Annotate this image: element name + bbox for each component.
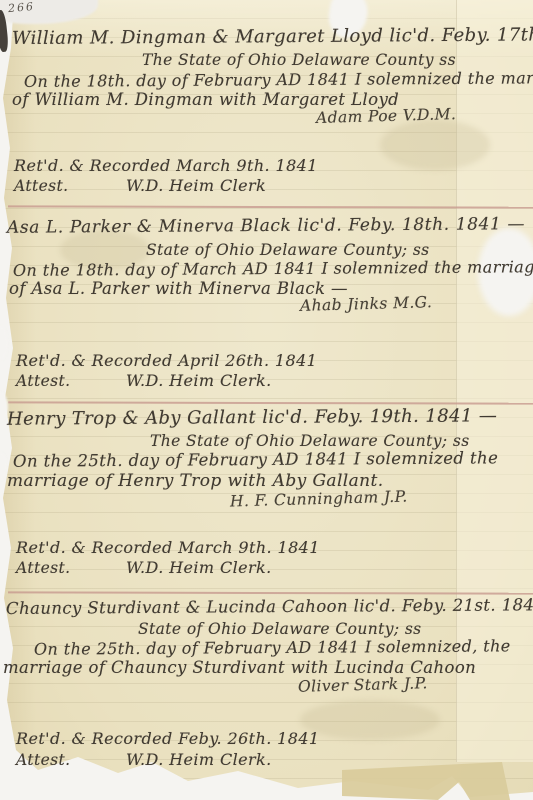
entry-1-body-line-2: of William M. Dingman with Margaret Lloy… bbox=[12, 90, 399, 109]
entry-4-jurisdiction: State of Ohio Delaware County; ss bbox=[138, 620, 422, 638]
entry-3-body-line-1: On the 25th. day of February AD 1841 I s… bbox=[13, 448, 498, 470]
page-number: 266 bbox=[7, 0, 35, 15]
paper-stain bbox=[380, 120, 490, 170]
entry-3-clerk-signature: W.D. Heim Clerk. bbox=[126, 558, 272, 577]
entry-1-attest-label: Attest. bbox=[14, 177, 68, 195]
paper-stain bbox=[300, 700, 440, 740]
entry-3-attest-label: Attest. bbox=[16, 559, 70, 577]
entry-1-clerk-signature: W.D. Heim Clerk bbox=[126, 176, 266, 195]
entry-3-body-line-2: marriage of Henry Trop with Aby Gallant. bbox=[7, 471, 384, 491]
entry-2-clerk-signature: W.D. Heim Clerk. bbox=[126, 371, 272, 390]
entry-2-officiant-signature: Ahab Jinks M.G. bbox=[300, 293, 433, 315]
entry-3-jurisdiction: The State of Ohio Delaware County; ss bbox=[150, 432, 470, 450]
scanned-ledger-page: 266 William M. Dingman & Margaret Lloyd … bbox=[0, 0, 533, 800]
entry-3-recorded-line: Ret'd. & Recorded March 9th. 1841 bbox=[16, 538, 320, 557]
entry-4-body-line-1: On the 25th. day of February AD 1841 I s… bbox=[34, 636, 511, 658]
entry-2-body-line-2: of Asa L. Parker with Minerva Black — bbox=[9, 279, 348, 298]
torn-edge-left bbox=[0, 326, 8, 360]
entry-2-recorded-line: Ret'd. & Recorded April 26th. 1841 bbox=[16, 351, 317, 370]
entry-2-body-line-1: On the 18th. day of March AD 1841 I sole… bbox=[13, 257, 533, 280]
entry-1-jurisdiction: The State of Ohio Delaware County ss bbox=[142, 51, 456, 69]
entry-1-body-line-1: On the 18th. day of February AD 1841 I s… bbox=[24, 68, 533, 91]
entry-4-officiant-signature: Oliver Stark J.P. bbox=[298, 674, 428, 696]
entry-4-attest-label: Attest. bbox=[16, 751, 70, 769]
entry-3-heading: Henry Trop & Aby Gallant lic'd. Feby. 19… bbox=[7, 405, 497, 429]
entry-4-recorded-line: Ret'd. & Recorded Feby. 26th. 1841 bbox=[16, 729, 320, 748]
entry-2-attest-label: Attest. bbox=[16, 372, 70, 390]
entry-1-recorded-line: Ret'd. & Recorded March 9th. 1841 bbox=[14, 156, 318, 175]
torn-edge-left bbox=[0, 452, 7, 480]
entry-2-heading: Asa L. Parker & Minerva Black lic'd. Feb… bbox=[7, 214, 525, 238]
entry-4-heading: Chauncy Sturdivant & Lucinda Cahoon lic'… bbox=[6, 595, 533, 618]
entry-2-jurisdiction: State of Ohio Delaware County; ss bbox=[146, 241, 430, 259]
entry-1-heading: William M. Dingman & Margaret Lloyd lic'… bbox=[12, 24, 533, 49]
entry-4-clerk-signature: W.D. Heim Clerk. bbox=[126, 750, 272, 769]
